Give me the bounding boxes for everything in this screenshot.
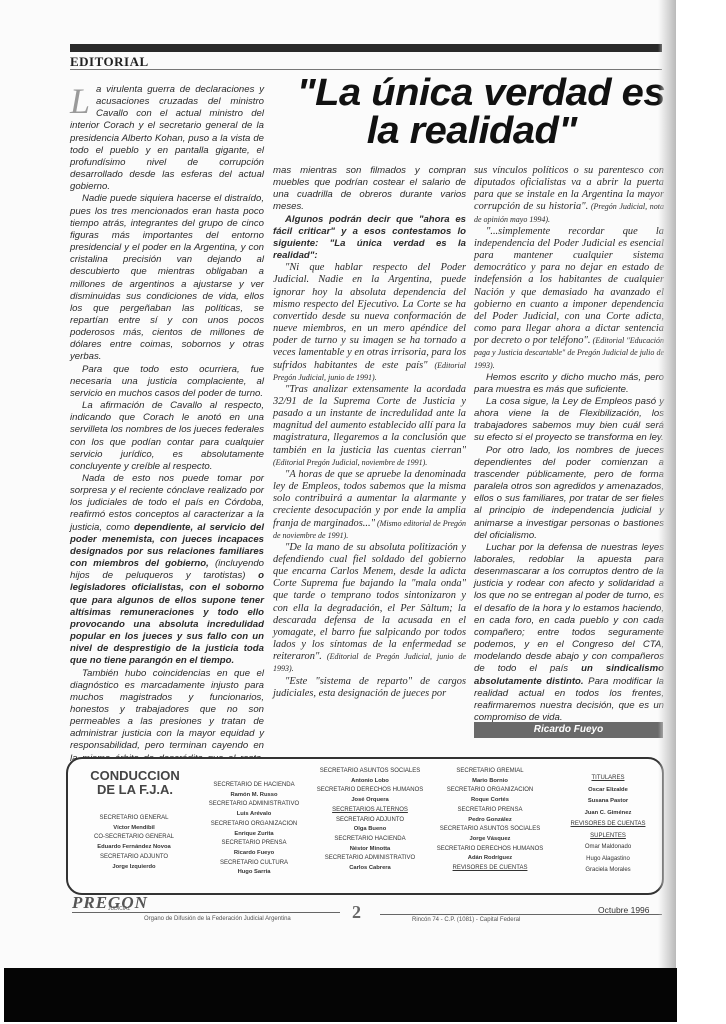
lead-paragraph: La virulenta guerra de declaraciones y a… [70,84,264,193]
quote-paragraph: "Tras analizar extensamente la acordada … [273,384,466,469]
leadership-board-box: CONDUCCION DE LA F.J.A. SECRETARIO GENER… [66,757,664,895]
headline-line-2: la realidad" [256,112,665,150]
drop-cap: L [70,86,90,116]
quote-paragraph: "De la mano de su absoluta politización … [273,542,466,676]
paragraph: mas mientras son filmados y compran mueb… [273,165,466,214]
quote-paragraph: sus vínculos políticos o su parentesco c… [474,165,664,226]
board-column-4: SECRETARIO GREMIAL Mario Bornio SECRETAR… [423,767,557,874]
paragraph: Por otro lado, los nombres de jueces dep… [474,445,664,542]
footer-address: Rincón 74 - C.P. (1081) - Capital Federa… [412,917,520,923]
citation: (Editorial Pregón Judicial, noviembre de… [273,458,427,467]
board-column-5: TITULARES Oscar Elizalde Susana Pastor J… [562,773,654,877]
quote-paragraph: "A horas de que se apruebe la denominada… [273,469,466,542]
board-title: CONDUCCION DE LA F.J.A. [80,769,190,797]
paragraph: La cosa sigue, la Ley de Empleos pasó y … [474,396,664,445]
page-number: 2 [352,902,361,923]
section-divider [70,69,662,70]
footer-organ: Organo de Difusión de la Federación Judi… [144,916,291,922]
quote-paragraph: "Ni que hablar respecto del Poder Judici… [273,262,466,384]
issue-date: Octubre 1996 [598,905,650,915]
headline-line-1: "La única verdad es [297,72,665,114]
author-byline: Ricardo Fueyo [474,722,663,738]
paragraph: La afirmación de Cavallo al respecto, in… [70,400,264,473]
paragraph: Para que todo esto ocurriera, fue necesa… [70,364,264,400]
paragraph: Luchar por la defensa de nuestras leyes … [474,542,664,724]
highlight-paragraph: Algunos podrán decir que "ahora es fácil… [273,214,466,263]
headline: "La única verdad es la realidad" [256,74,665,150]
article-column-3: sus vínculos políticos o su parentesco c… [474,165,664,724]
scan-bottom-band [4,968,677,1022]
newspaper-page: EDITORIAL "La única verdad es la realida… [0,0,676,968]
footer-rule-left [72,912,340,913]
board-column-3: SECRETARIO ASUNTOS SOCIALES Antonio Lobo… [300,767,440,874]
section-label: EDITORIAL [70,54,149,70]
auditors-heading: REVISORES DE CUENTAS [423,864,557,874]
board-column-2: SECRETARIO DE HACIENDA Ramón M. Russo SE… [194,781,314,878]
quote-paragraph: "...simplemente recordar que la independ… [474,226,664,372]
scan-gutter-shadow [658,0,676,968]
article-column-2: mas mientras son filmados y compran mueb… [273,165,466,700]
scan-margin [676,0,726,1024]
paragraph: Nadie puede siquiera hacerse el distraíd… [70,193,264,363]
top-rule [70,44,662,52]
paragraph: Hemos escrito y dicho mucho más, pero pa… [474,372,664,396]
board-column-1: SECRETARIO GENERAL Víctor Mendibil CO-SE… [74,814,194,872]
paragraph: Nada de esto nos puede tomar por sorpres… [70,473,264,668]
alternates-heading: SECRETARIOS ALTERNOS [300,806,440,816]
quote-paragraph: "Este "sistema de reparto" de cargos jud… [273,676,466,700]
article-column-1: La virulenta guerra de declaraciones y a… [70,84,264,801]
